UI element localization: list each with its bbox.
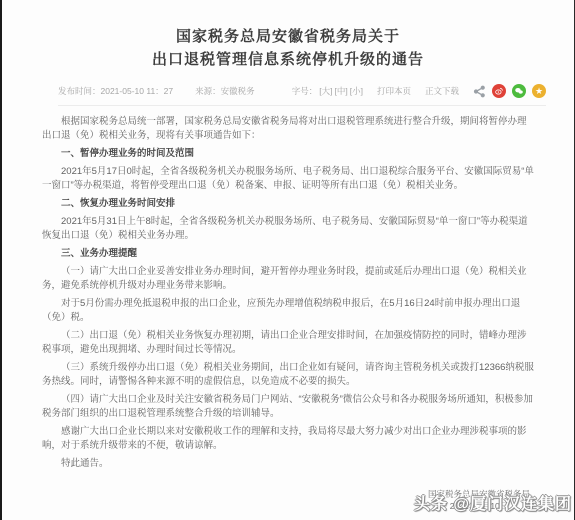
notice-body: 根据国家税务总局统一部署，国家税务总局安徽省税务局将对出口退税管理系统进行整合升… [42, 115, 534, 471]
notice-paragraph: （四）请广大出口企业及时关注安徽省税务局门户网站、“安徽税务”微信公众号和各办税… [42, 393, 534, 421]
qzone-star-glyph: ★ [535, 87, 543, 96]
notice-paragraph: 2021年5月31日上午8时起，全省各级税务机关办税服务场所、电子税务局、安徽国… [42, 215, 534, 243]
fontsize-small-button[interactable]: [小] [350, 85, 363, 97]
section-heading: 一、暂停办理业务的时间及范围 [42, 147, 534, 161]
fontsize-group: 字号： [大] [中] [小] [292, 85, 363, 97]
fontsize-medium-button[interactable]: [中] [335, 85, 348, 97]
notice-paragraph: 2021年5月17日0时起，全省各级税务机关办税服务场所、电子税务局、出口退税综… [42, 165, 534, 193]
source-label: 来源：安徽税务 [195, 85, 255, 97]
title-line-2: 出口退税管理信息系统停机升级的通告 [2, 48, 574, 71]
print-page-button[interactable]: 打印本页 [377, 85, 411, 97]
download-text-button[interactable]: 正文下载 [425, 85, 459, 97]
notice-paragraph: 感谢广大出口企业长期以来对安徽税收工作的理解和支持，我局将尽最大努力减少对出口企… [42, 425, 534, 453]
section-heading: 二、恢复办理业务时间安排 [42, 197, 534, 211]
section-heading: 三、业务办理提醒 [42, 247, 534, 261]
publish-time: 发布时间：2021-05-10 11：27 [58, 85, 173, 97]
share-icon[interactable] [473, 85, 486, 98]
notice-paragraph: 特此通告。 [42, 457, 534, 471]
notice-page: 国家税务总局安徽省税务局关于 出口退税管理信息系统停机升级的通告 发布时间：20… [0, 0, 575, 520]
meta-bar: 发布时间：2021-05-10 11：27 来源：安徽税务 字号： [大] [中… [58, 84, 546, 106]
qzone-icon[interactable]: ★ [532, 84, 546, 98]
share-icons: ★ [473, 84, 546, 98]
meta-left: 发布时间：2021-05-10 11：27 来源：安徽税务 [58, 85, 255, 97]
notice-paragraph: 根据国家税务总局统一部署，国家税务总局安徽省税务局将对出口退税管理系统进行整合升… [42, 115, 534, 143]
notice-paragraph: （一）请广大出口企业妥善安排业务办理时间，避开暂停办理业务时段，提前或延后办理出… [42, 265, 534, 293]
title-line-1: 国家税务总局安徽省税务局关于 [2, 25, 574, 48]
fontsize-large-button[interactable]: [大] [319, 85, 332, 97]
signature-org: 国家税务总局安徽省税务局 [428, 488, 530, 500]
wechat-icon[interactable] [512, 84, 526, 98]
signature-date: 2021年5月10日 [428, 500, 530, 512]
meta-right: 字号： [大] [中] [小] 打印本页 正文下载 [292, 84, 546, 98]
weibo-icon[interactable] [492, 84, 506, 98]
notice-paragraph: （二）出口退（免）税相关业务恢复办理初期，请出口企业合理安排时间，在加强疫情防控… [42, 329, 534, 357]
page-title: 国家税务总局安徽省税务局关于 出口退税管理信息系统停机升级的通告 [2, 0, 574, 71]
signature-block: 国家税务总局安徽省税务局 2021年5月10日 [428, 488, 530, 512]
notice-paragraph: （三）系统升级停办出口退（免）税相关业务期间，出口企业如有疑问，请咨询主管税务机… [42, 361, 534, 389]
notice-paragraph: 对于5月份需办理免抵退税申报的出口企业，应预先办理增值税纳税申报后，在5月16日… [42, 297, 534, 325]
fontsize-label: 字号： [292, 85, 318, 97]
